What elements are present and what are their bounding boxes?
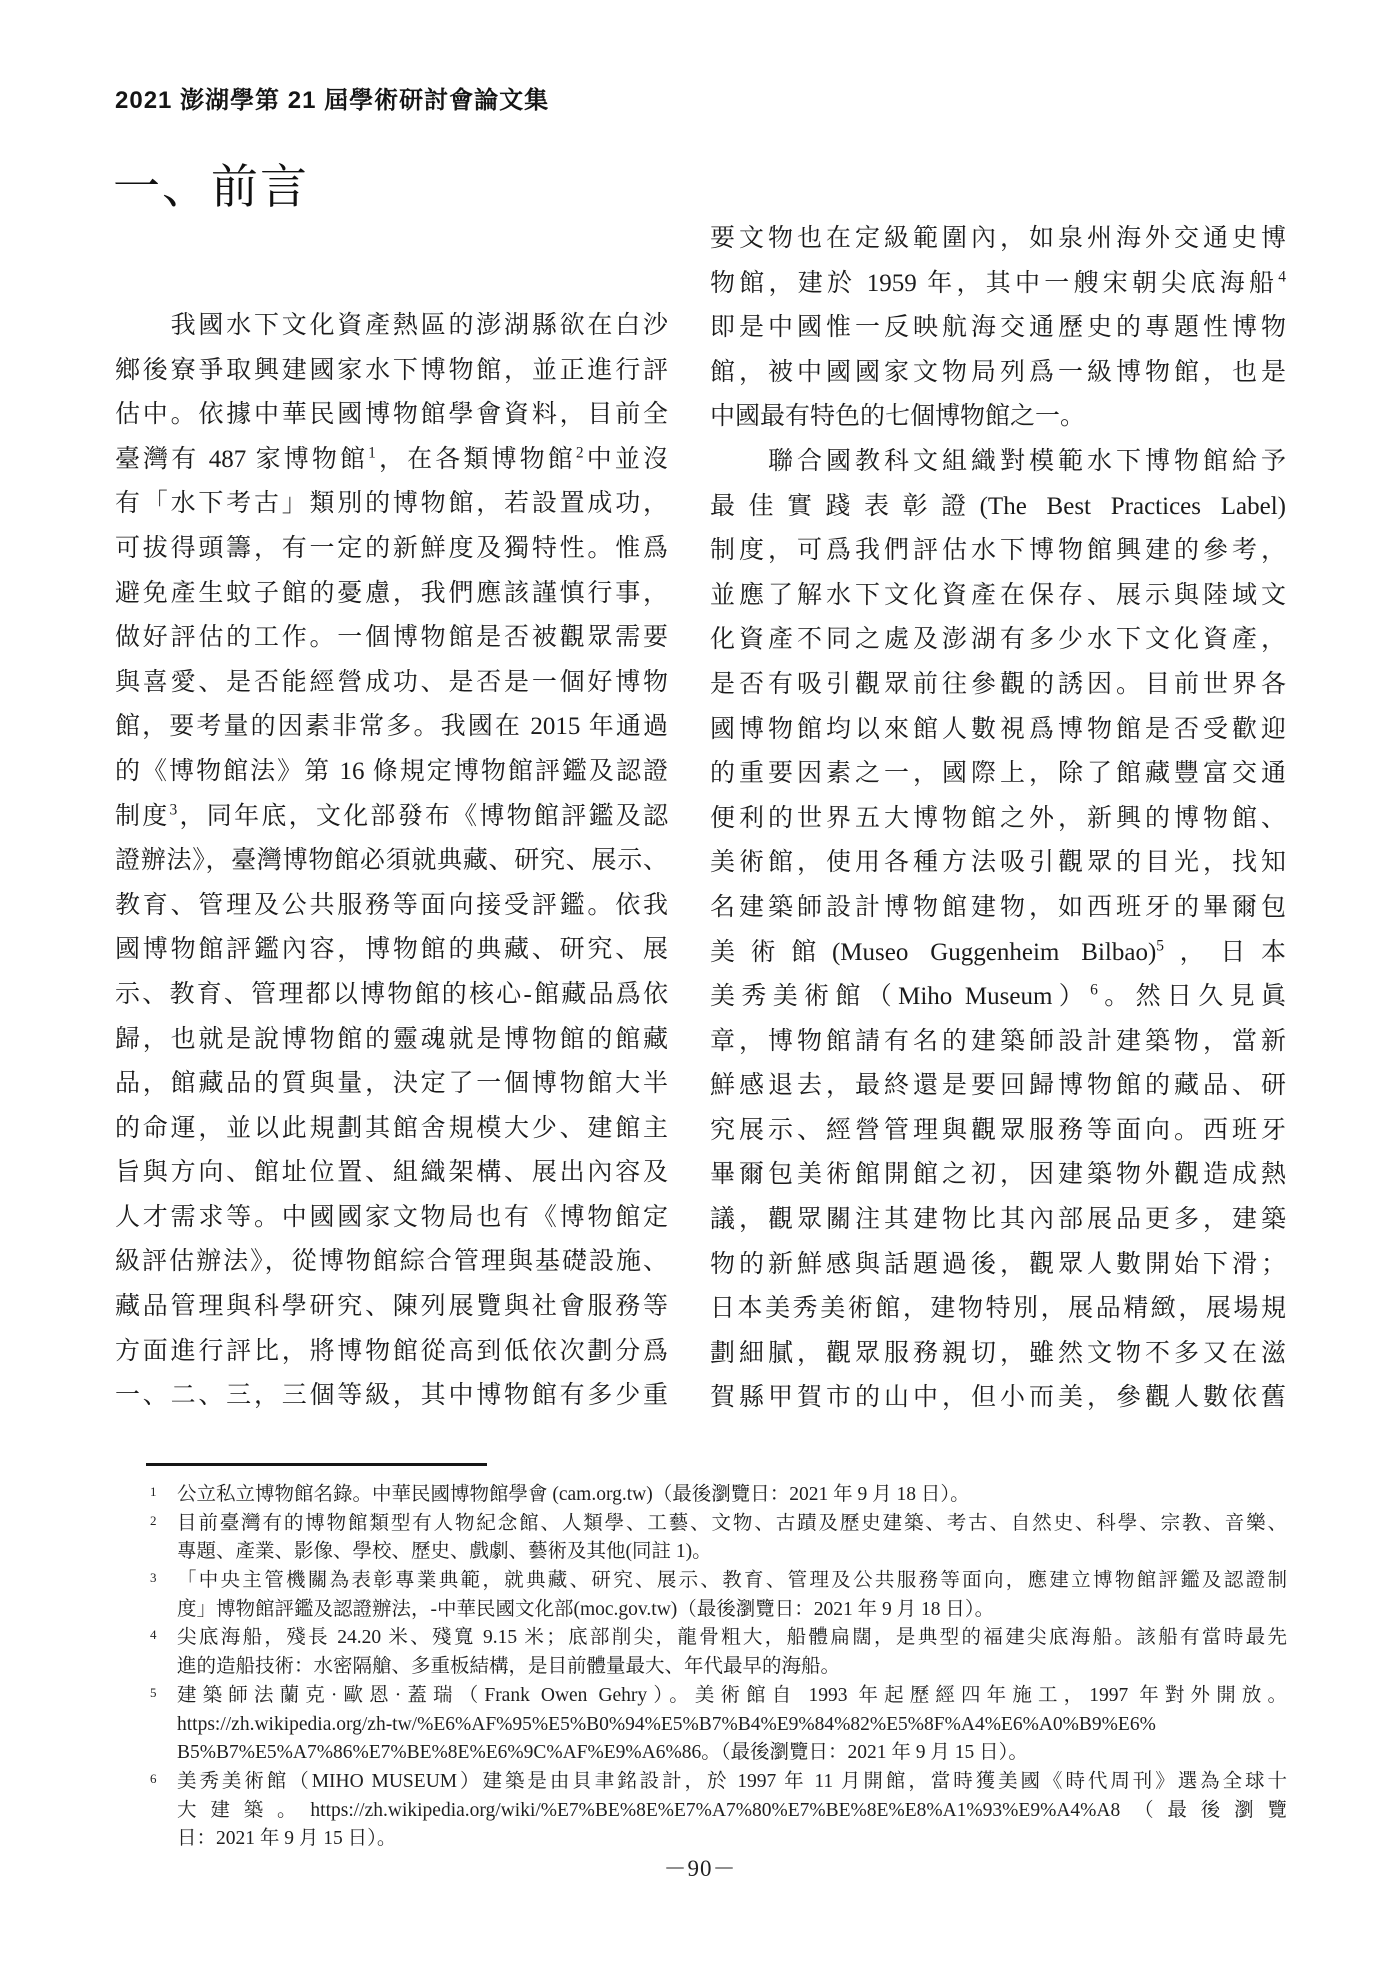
text-line: 人才需求等。中國國家文物局也有《博物館定 <box>115 1196 668 1241</box>
footnote-line: 公立私立博物館名錄。中華民國博物館學會 (cam.org.tw)（最後瀏覽日：2… <box>177 1481 1287 1510</box>
footnote-line: 日：2021 年 9 月 15 日）。 <box>177 1825 1287 1854</box>
footnotes-section: 1公立私立博物館名錄。中華民國博物館學會 (cam.org.tw)（最後瀏覽日：… <box>147 1481 1287 1854</box>
text-line: 旨與方向、館址位置、組織架構、展出內容及 <box>115 1151 668 1196</box>
footnote-marker: 1 <box>150 1482 157 1502</box>
footnote: 4尖底海船，殘長 24.20 米、殘寬 9.15 米；底部削尖，龍骨粗大，船體扁… <box>147 1624 1287 1681</box>
text-line: 可拔得頭籌，有一定的新鮮度及獨特性。惟爲 <box>115 527 668 572</box>
text-line: 我國水下文化資產熱區的澎湖縣欲在白沙 <box>115 304 668 349</box>
footnote-marker: 4 <box>150 1625 157 1645</box>
footnote-line: 進的造船技術：水密隔艙、多重板結構，是目前體量最大、年代最早的海船。 <box>177 1653 1287 1682</box>
footnote-line: 大建築。https://zh.wikipedia.org/wiki/%E7%BE… <box>177 1797 1287 1826</box>
footnote-separator <box>146 1463 487 1466</box>
page-header: 2021 澎湖學第 21 屆學術研討會論文集 <box>115 86 549 116</box>
text-line: 物的新鮮感與話題過後，觀眾人數開始下滑； <box>710 1243 1286 1288</box>
text-line: 的重要因素之一，國際上，除了館藏豐富交通 <box>710 752 1286 797</box>
text-line: 的《博物館法》第 16 條規定博物館評鑑及認證 <box>115 750 668 795</box>
footnote-line: 度」博物館評鑑及認證辦法，-中華民國文化部(moc.gov.tw)（最後瀏覽日：… <box>177 1596 1287 1625</box>
text-line: 館，要考量的因素非常多。我國在 2015 年通過 <box>115 705 668 750</box>
text-line: 制度3，同年底，文化部發布《博物館評鑑及認 <box>115 795 668 840</box>
text-line: 鮮感退去，最終還是要回歸博物館的藏品、研 <box>710 1064 1286 1109</box>
text-line: 美秀美術館（Miho Museum）6。然日久見眞 <box>710 975 1286 1020</box>
text-line: 中國最有特色的七個博物館之一。 <box>710 395 1286 440</box>
footnote-line: 專題、產業、影像、學校、歷史、戲劇、藝術及其他(同註 1)。 <box>177 1538 1287 1567</box>
text-line: 做好評估的工作。一個博物館是否被觀眾需要 <box>115 616 668 661</box>
text-line: 最佳實踐表彰證(The Best Practices Label) <box>710 485 1286 530</box>
text-line: 章，博物館請有名的建築師設計建築物，當新 <box>710 1020 1286 1065</box>
footnote-ref: 2 <box>576 444 584 461</box>
text-line: 級評估辦法》，從博物館綜合管理與基礎設施、 <box>115 1240 668 1285</box>
text-line: 美術館，使用各種方法吸引觀眾的目光，找知 <box>710 841 1286 886</box>
section-title: 一、前言 <box>113 158 309 218</box>
text-line: 便利的世界五大博物館之外，新興的博物館、 <box>710 797 1286 842</box>
footnote-ref: 4 <box>1278 268 1286 285</box>
footnote: 5建築師法蘭克·歐恩·蓋瑞（Frank Owen Gehry）。美術館自 199… <box>147 1682 1287 1768</box>
footnote-ref: 3 <box>170 801 178 818</box>
footnote: 1公立私立博物館名錄。中華民國博物館學會 (cam.org.tw)（最後瀏覽日：… <box>147 1481 1287 1510</box>
text-line: 美術館(Museo Guggenheim Bilbao)5，日本 <box>710 931 1286 976</box>
page-number: －90－ <box>0 1854 1400 1884</box>
text-line: 聯合國教科文組織對模範水下博物館給予 <box>710 440 1286 485</box>
text-line: 制度，可爲我們評估水下博物館興建的參考， <box>710 529 1286 574</box>
text-line: 物館，建於 1959 年，其中一艘宋朝尖底海船4 <box>710 262 1286 307</box>
text-line: 的命運，並以此規劃其館舍規模大少、建館主 <box>115 1107 668 1152</box>
footnote-ref: 1 <box>368 444 376 461</box>
right-column: 要文物也在定級範圍內，如泉州海外交通史博物館，建於 1959 年，其中一艘宋朝尖… <box>710 217 1286 1421</box>
footnote: 3「中央主管機關為表彰專業典範，就典藏、研究、展示、教育、管理及公共服務等面向，… <box>147 1567 1287 1624</box>
text-line: 日本美秀美術館，建物特別，展品精緻，展場規 <box>710 1287 1286 1332</box>
text-line: 證辦法》，臺灣博物館必須就典藏、研究、展示、 <box>115 839 668 884</box>
footnote-marker: 3 <box>150 1568 157 1588</box>
text-line: 議，觀眾關注其建物比其內部展品更多，建築 <box>710 1198 1286 1243</box>
text-line: 是否有吸引觀眾前往參觀的誘因。目前世界各 <box>710 663 1286 708</box>
text-line: 歸，也就是說博物館的靈魂就是博物館的館藏 <box>115 1018 668 1063</box>
text-line: 避免產生蚊子館的憂慮，我們應該謹慎行事， <box>115 572 668 617</box>
footnote-line: 美秀美術館（MIHO MUSEUM）建築是由貝聿銘設計，於 1997 年 11 … <box>177 1768 1287 1797</box>
footnote-line: 尖底海船，殘長 24.20 米、殘寬 9.15 米；底部削尖，龍骨粗大，船體扁闊… <box>177 1624 1287 1653</box>
text-line: 一、二、三，三個等級，其中博物館有多少重 <box>115 1374 668 1419</box>
text-line: 估中。依據中華民國博物館學會資料，目前全 <box>115 393 668 438</box>
text-line: 畢爾包美術館開館之初，因建築物外觀造成熱 <box>710 1153 1286 1198</box>
text-line: 劃細膩，觀眾服務親切，雖然文物不多又在滋 <box>710 1332 1286 1377</box>
footnote-line: B5%B7%E5%A7%86%E7%BE%8E%E6%9C%AF%E9%A6%8… <box>177 1739 1287 1768</box>
text-line: 名建築師設計博物館建物，如西班牙的畢爾包 <box>710 886 1286 931</box>
text-line: 國博物館均以來館人數視爲博物館是否受歡迎 <box>710 708 1286 753</box>
text-line: 方面進行評比，將博物館從高到低依次劃分爲 <box>115 1330 668 1375</box>
left-column: 我國水下文化資產熱區的澎湖縣欲在白沙鄉後寮爭取興建國家水下博物館，並正進行評估中… <box>115 304 668 1419</box>
text-line: 要文物也在定級範圍內，如泉州海外交通史博 <box>710 217 1286 262</box>
text-line: 化資產不同之處及澎湖有多少水下文化資產， <box>710 618 1286 663</box>
text-line: 國博物館評鑑內容，博物館的典藏、研究、展 <box>115 928 668 973</box>
text-line: 即是中國惟一反映航海交通歷史的專題性博物 <box>710 306 1286 351</box>
footnote: 2目前臺灣有的博物館類型有人物紀念館、人類學、工藝、文物、古蹟及歷史建築、考古、… <box>147 1510 1287 1567</box>
text-line: 賀縣甲賀市的山中，但小而美，參觀人數依舊 <box>710 1376 1286 1421</box>
footnote-marker: 6 <box>150 1769 157 1789</box>
footnote-ref: 5 <box>1156 937 1164 954</box>
text-line: 鄉後寮爭取興建國家水下博物館，並正進行評 <box>115 349 668 394</box>
text-line: 示、教育、管理都以博物館的核心-館藏品爲依 <box>115 973 668 1018</box>
text-line: 教育、管理及公共服務等面向接受評鑑。依我 <box>115 884 668 929</box>
text-line: 臺灣有 487 家博物館1，在各類博物館2中並沒 <box>115 438 668 483</box>
text-line: 究展示、經營管理與觀眾服務等面向。西班牙 <box>710 1109 1286 1154</box>
footnote: 6美秀美術館（MIHO MUSEUM）建築是由貝聿銘設計，於 1997 年 11… <box>147 1768 1287 1854</box>
footnote-line: 建築師法蘭克·歐恩·蓋瑞（Frank Owen Gehry）。美術館自 1993… <box>177 1682 1287 1711</box>
footnote-ref: 6 <box>1090 982 1098 999</box>
footnote-line: 目前臺灣有的博物館類型有人物紀念館、人類學、工藝、文物、古蹟及歷史建築、考古、自… <box>177 1510 1287 1539</box>
footnote-line: 「中央主管機關為表彰專業典範，就典藏、研究、展示、教育、管理及公共服務等面向，應… <box>177 1567 1287 1596</box>
text-line: 品，館藏品的質與量，決定了一個博物館大半 <box>115 1062 668 1107</box>
text-line: 與喜愛、是否能經營成功、是否是一個好博物 <box>115 661 668 706</box>
footnote-marker: 5 <box>150 1683 157 1703</box>
text-line: 並應了解水下文化資產在保存、展示與陸域文 <box>710 574 1286 619</box>
document-page: 2021 澎湖學第 21 屆學術研討會論文集 一、前言 我國水下文化資產熱區的澎… <box>0 0 1400 1980</box>
footnote-line: https://zh.wikipedia.org/zh-tw/%E6%AF%95… <box>177 1711 1287 1740</box>
text-line: 藏品管理與科學研究、陳列展覽與社會服務等 <box>115 1285 668 1330</box>
footnote-marker: 2 <box>150 1511 157 1531</box>
text-line: 有「水下考古」類別的博物館，若設置成功， <box>115 482 668 527</box>
text-line: 館，被中國國家文物局列爲一級博物館，也是 <box>710 351 1286 396</box>
